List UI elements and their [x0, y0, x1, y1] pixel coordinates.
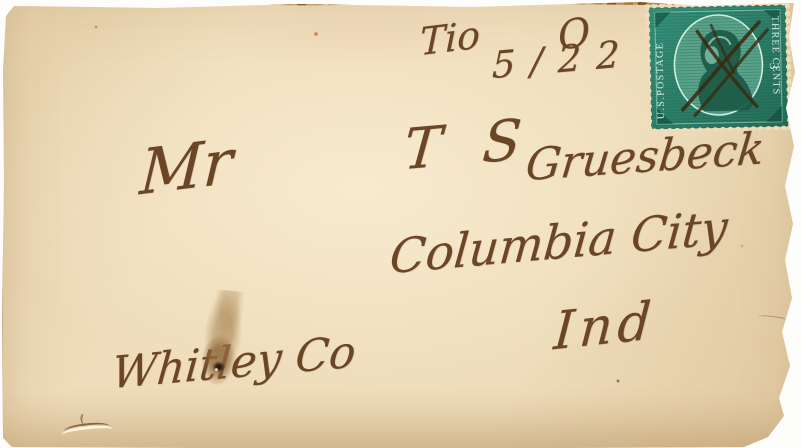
docket-notation-date: 5/22 — [492, 31, 635, 87]
address-city-line: Columbia City — [388, 200, 730, 285]
stamp-country-text: U.S.POSTAGE — [654, 42, 667, 120]
postage-stamp: U.S.POSTAGE THREE CENTS 3 — [645, 1, 793, 132]
paper-crease-mark — [758, 314, 788, 323]
stamp-denomination: 3 — [767, 63, 782, 70]
addressee-initials: T S — [401, 106, 536, 183]
ink-blot-stain — [188, 287, 253, 402]
envelope-paper: Tio O 5/22 Mr T S Gruesbeck Columbia Cit… — [0, 0, 802, 448]
stamp-value-text: THREE CENTS — [769, 16, 782, 96]
envelope-scan: Tio O 5/22 Mr T S Gruesbeck Columbia Cit… — [0, 0, 802, 448]
addressee-surname: Gruesbeck — [523, 123, 766, 191]
envelope-left-edge — [0, 10, 3, 444]
paper-tear-mark — [51, 412, 127, 446]
addressee-prefix: Mr — [138, 124, 234, 209]
address-state-line: Ind — [552, 291, 658, 362]
paper-tear-hook — [78, 414, 97, 430]
docket-notation-word: Tio — [420, 12, 481, 64]
